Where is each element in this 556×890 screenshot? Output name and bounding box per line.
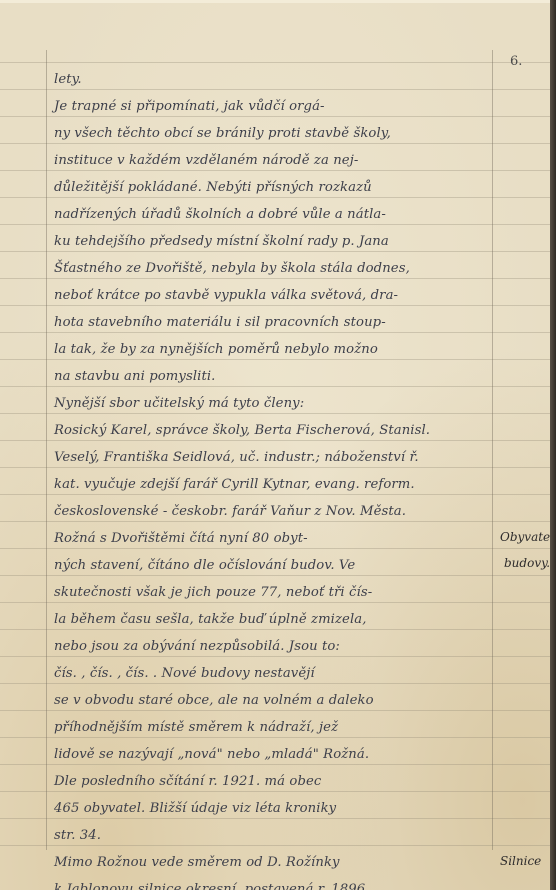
text-line: Dle posledního sčítání r. 1921. má obec xyxy=(54,774,321,789)
text-line: nebo jsou za obývání nezpůsobilá. Jsou t… xyxy=(54,639,340,654)
text-line: 465 obyvatel. Bližší údaje viz léta kron… xyxy=(54,801,336,816)
rule-line xyxy=(0,440,550,441)
rule-line xyxy=(0,629,550,630)
text-line: kat. vyučuje zdejší farář Cyrill Kytnar,… xyxy=(54,477,415,492)
text-line: neboť krátce po stavbě vypukla válka svě… xyxy=(54,288,398,303)
text-line: lety. xyxy=(54,72,82,87)
rule-line xyxy=(0,737,550,738)
text-line: Šťastného ze Dvořiště, nebyla by škola s… xyxy=(54,261,410,276)
text-line: československé - českobr. farář Vaňur z … xyxy=(54,504,406,519)
text-line: na stavbu ani pomysliti. xyxy=(54,369,215,384)
text-line: k Jablonovu silnice okresní, postavená r… xyxy=(54,882,370,890)
rule-line xyxy=(0,359,550,360)
text-line: Veselý, Františka Seidlová, uč. industr.… xyxy=(54,450,419,465)
text-line: hota stavebního materiálu i sil pracovní… xyxy=(54,315,386,330)
text-line: la tak, že by za nynějších poměrů nebylo… xyxy=(54,342,378,357)
rule-line xyxy=(0,818,550,819)
rule-line xyxy=(0,413,550,414)
left-margin-line xyxy=(46,50,47,850)
text-line: str. 34. xyxy=(54,828,101,843)
text-line: la během času sešla, takže buď úplně zmi… xyxy=(54,612,367,627)
rule-line xyxy=(0,62,550,63)
text-line: instituce v každém vzdělaném národě za n… xyxy=(54,153,358,168)
rule-line xyxy=(0,602,550,603)
text-line: lidově se nazývají „nová" nebo „mladá" R… xyxy=(54,747,369,762)
rule-line xyxy=(0,224,550,225)
handwritten-chronicle-page: 6. lety. Je trapné si připomínati, jak v… xyxy=(0,0,550,890)
rule-line xyxy=(0,548,550,549)
text-line: se v obvodu staré obce, ale na volném a … xyxy=(54,693,374,708)
rule-line xyxy=(0,305,550,306)
rule-line xyxy=(0,197,550,198)
rule-line xyxy=(0,170,550,171)
text-line: důležitější pokládané. Nebýti přísných r… xyxy=(54,180,372,195)
rule-line xyxy=(0,143,550,144)
rule-line xyxy=(0,278,550,279)
text-line: Je trapné si připomínati, jak vůdčí orgá… xyxy=(54,99,325,114)
text-line: nadřízených úřadů školních a dobré vůle … xyxy=(54,207,386,222)
text-line: čís. , čís. , čís. . Nové budovy nestavě… xyxy=(54,666,315,681)
rule-line xyxy=(0,521,550,522)
text-line: ny všech těchto obcí se bránily proti st… xyxy=(54,126,391,141)
rule-line xyxy=(0,683,550,684)
margin-note-road: Silnice xyxy=(500,854,541,868)
text-line: příhodnějším místě směrem k nádraží, jež xyxy=(54,720,338,735)
text-line: ných stavení, čítáno dle očíslování budo… xyxy=(54,558,355,573)
page-binding-edge xyxy=(550,0,556,890)
rule-line xyxy=(0,467,550,468)
margin-note-buildings: budovy. xyxy=(504,556,550,570)
margin-note-inhabitants: Obyvatelé, xyxy=(500,530,556,544)
rule-line xyxy=(0,710,550,711)
text-line: skutečnosti však je jich pouze 77, neboť… xyxy=(54,585,372,600)
rule-line xyxy=(0,575,550,576)
rule-line xyxy=(0,332,550,333)
text-line: Mimo Rožnou vede směrem od D. Rožínky xyxy=(54,855,340,870)
text-line: Nynější sbor učitelský má tyto členy: xyxy=(54,396,304,411)
page-number: 6. xyxy=(510,54,522,69)
rule-line xyxy=(0,791,550,792)
rule-line xyxy=(0,845,550,846)
right-margin-line xyxy=(492,50,493,850)
rule-line xyxy=(0,251,550,252)
rule-line xyxy=(0,494,550,495)
text-line: Rosický Karel, správce školy, Berta Fisc… xyxy=(54,423,430,438)
rule-line xyxy=(0,764,550,765)
rule-line xyxy=(0,656,550,657)
text-line: ku tehdejšího předsedy místní školní rad… xyxy=(54,234,389,249)
rule-line xyxy=(0,386,550,387)
rule-line xyxy=(0,89,550,90)
text-line: Rožná s Dvořištěmi čítá nyní 80 obyt- xyxy=(54,531,308,546)
rule-line xyxy=(0,116,550,117)
